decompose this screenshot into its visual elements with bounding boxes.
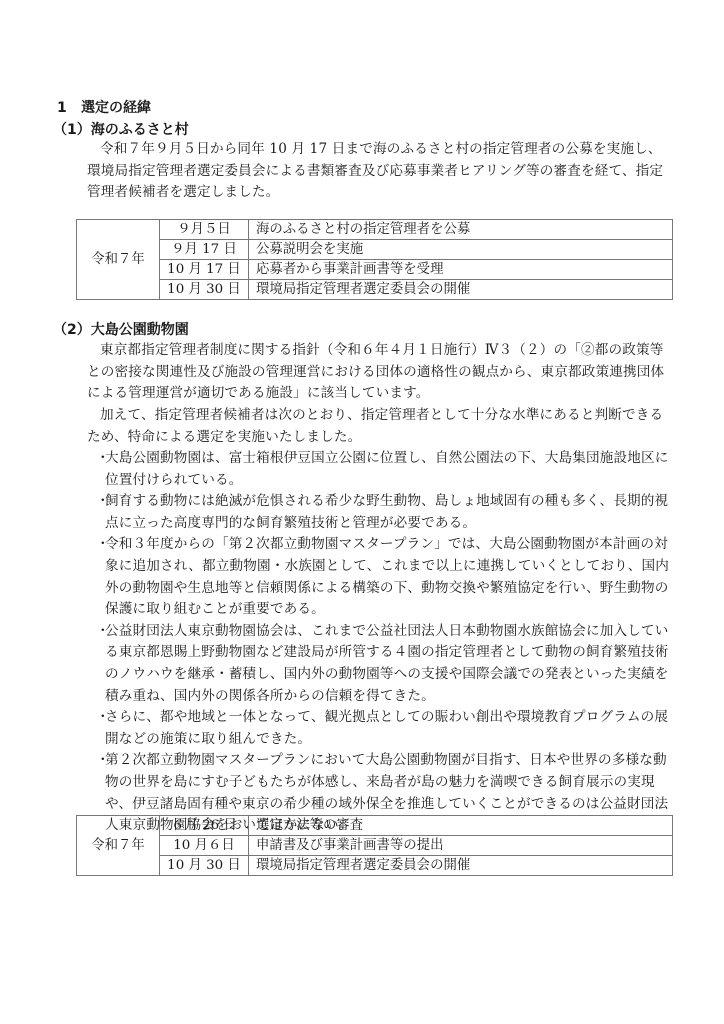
subsection-title: 海のふるさと村 [91, 122, 189, 138]
table-row: 10 月６日 申請書及び事業計画書等の提出 [77, 836, 673, 856]
subsection-title: 大島公園動物園 [91, 322, 189, 338]
section-heading: 1選定の経緯 [57, 99, 151, 117]
date-cell: 10 月６日 [160, 836, 249, 856]
subsection-2-paragraph-1: 東京都指定管理者制度に関する指針（令和６年４月１日施行）Ⅳ３（２）の「②都の政策… [87, 340, 675, 405]
year-cell: 令和７年 [77, 220, 160, 300]
reasons-list: ・大島公園動物園は、富士箱根伊豆国立公園に位置し、自然公園法の下、大島集団施設地… [96, 448, 676, 837]
bullet-icon: ・ [96, 448, 105, 470]
subsection-heading-2: （2）大島公園動物園 [53, 321, 189, 339]
list-item: ・飼育する動物には絶滅が危惧される希少な野生動物、島しょ地域固有の種も多く、長期… [96, 491, 676, 534]
event-cell: 環境局指定管理者選定委員会の開催 [249, 280, 673, 300]
bullet-icon: ・ [96, 750, 105, 772]
list-item: ・令和３年度からの「第２次都立動物園マスタープラン」では、大島公園動物園が本計画… [96, 534, 676, 620]
table-row: ９月 17 日 公募説明会を実施 [77, 240, 673, 260]
event-cell: 選定方法等の審査 [249, 816, 673, 836]
bullet-icon: ・ [96, 534, 105, 556]
date-cell: ６月 26 日 [160, 816, 249, 836]
year-cell: 令和７年 [77, 816, 160, 876]
event-cell: 公募説明会を実施 [249, 240, 673, 260]
date-cell: 10 月 30 日 [160, 280, 249, 300]
date-cell: 10 月 17 日 [160, 260, 249, 280]
list-item: ・大島公園動物園は、富士箱根伊豆国立公園に位置し、自然公園法の下、大島集団施設地… [96, 448, 676, 491]
event-cell: 申請書及び事業計画書等の提出 [249, 836, 673, 856]
table-row: 10 月 17 日 応募者から事業計画書等を受理 [77, 260, 673, 280]
date-cell: ９月５日 [160, 220, 249, 240]
bullet-icon: ・ [96, 707, 105, 729]
table-row: 10 月 30 日 環境局指定管理者選定委員会の開催 [77, 856, 673, 876]
table-row: 令和７年 ９月５日 海のふるさと村の指定管理者を公募 [77, 220, 673, 240]
list-item: ・公益財団法人東京動物園協会は、これまで公益社団法人日本動物園水族館協会に加入し… [96, 621, 676, 707]
bullet-icon: ・ [96, 491, 105, 513]
bullet-icon: ・ [96, 621, 105, 643]
date-cell: ９月 17 日 [160, 240, 249, 260]
document-page: 1選定の経緯 （1）海のふるさと村 令和７年９月５日から同年 10 月 17 日… [0, 0, 724, 1024]
subsection-1-paragraph: 令和７年９月５日から同年 10 月 17 日まで海のふるさと村の指定管理者の公募… [87, 139, 675, 204]
list-item: ・さらに、都や地域と一体となって、観光拠点としての賑わい創出や環境教育プログラム… [96, 707, 676, 750]
table-row: 10 月 30 日 環境局指定管理者選定委員会の開催 [77, 280, 673, 300]
date-cell: 10 月 30 日 [160, 856, 249, 876]
event-cell: 海のふるさと村の指定管理者を公募 [249, 220, 673, 240]
section-number: 1 [57, 99, 81, 117]
event-cell: 応募者から事業計画書等を受理 [249, 260, 673, 280]
subsection-label: （1） [53, 122, 91, 138]
subsection-heading-1: （1）海のふるさと村 [53, 121, 189, 139]
section-title: 選定の経緯 [81, 100, 151, 116]
schedule-table-1: 令和７年 ９月５日 海のふるさと村の指定管理者を公募 ９月 17 日 公募説明会… [76, 219, 673, 300]
event-cell: 環境局指定管理者選定委員会の開催 [249, 856, 673, 876]
subsection-2-paragraph-2: 加えて、指定管理者候補者は次のとおり、指定管理者として十分な水準にあると判断でき… [87, 405, 675, 448]
schedule-table-2: 令和７年 ６月 26 日 選定方法等の審査 10 月６日 申請書及び事業計画書等… [76, 815, 673, 876]
subsection-label: （2） [53, 322, 91, 338]
table-row: 令和７年 ６月 26 日 選定方法等の審査 [77, 816, 673, 836]
